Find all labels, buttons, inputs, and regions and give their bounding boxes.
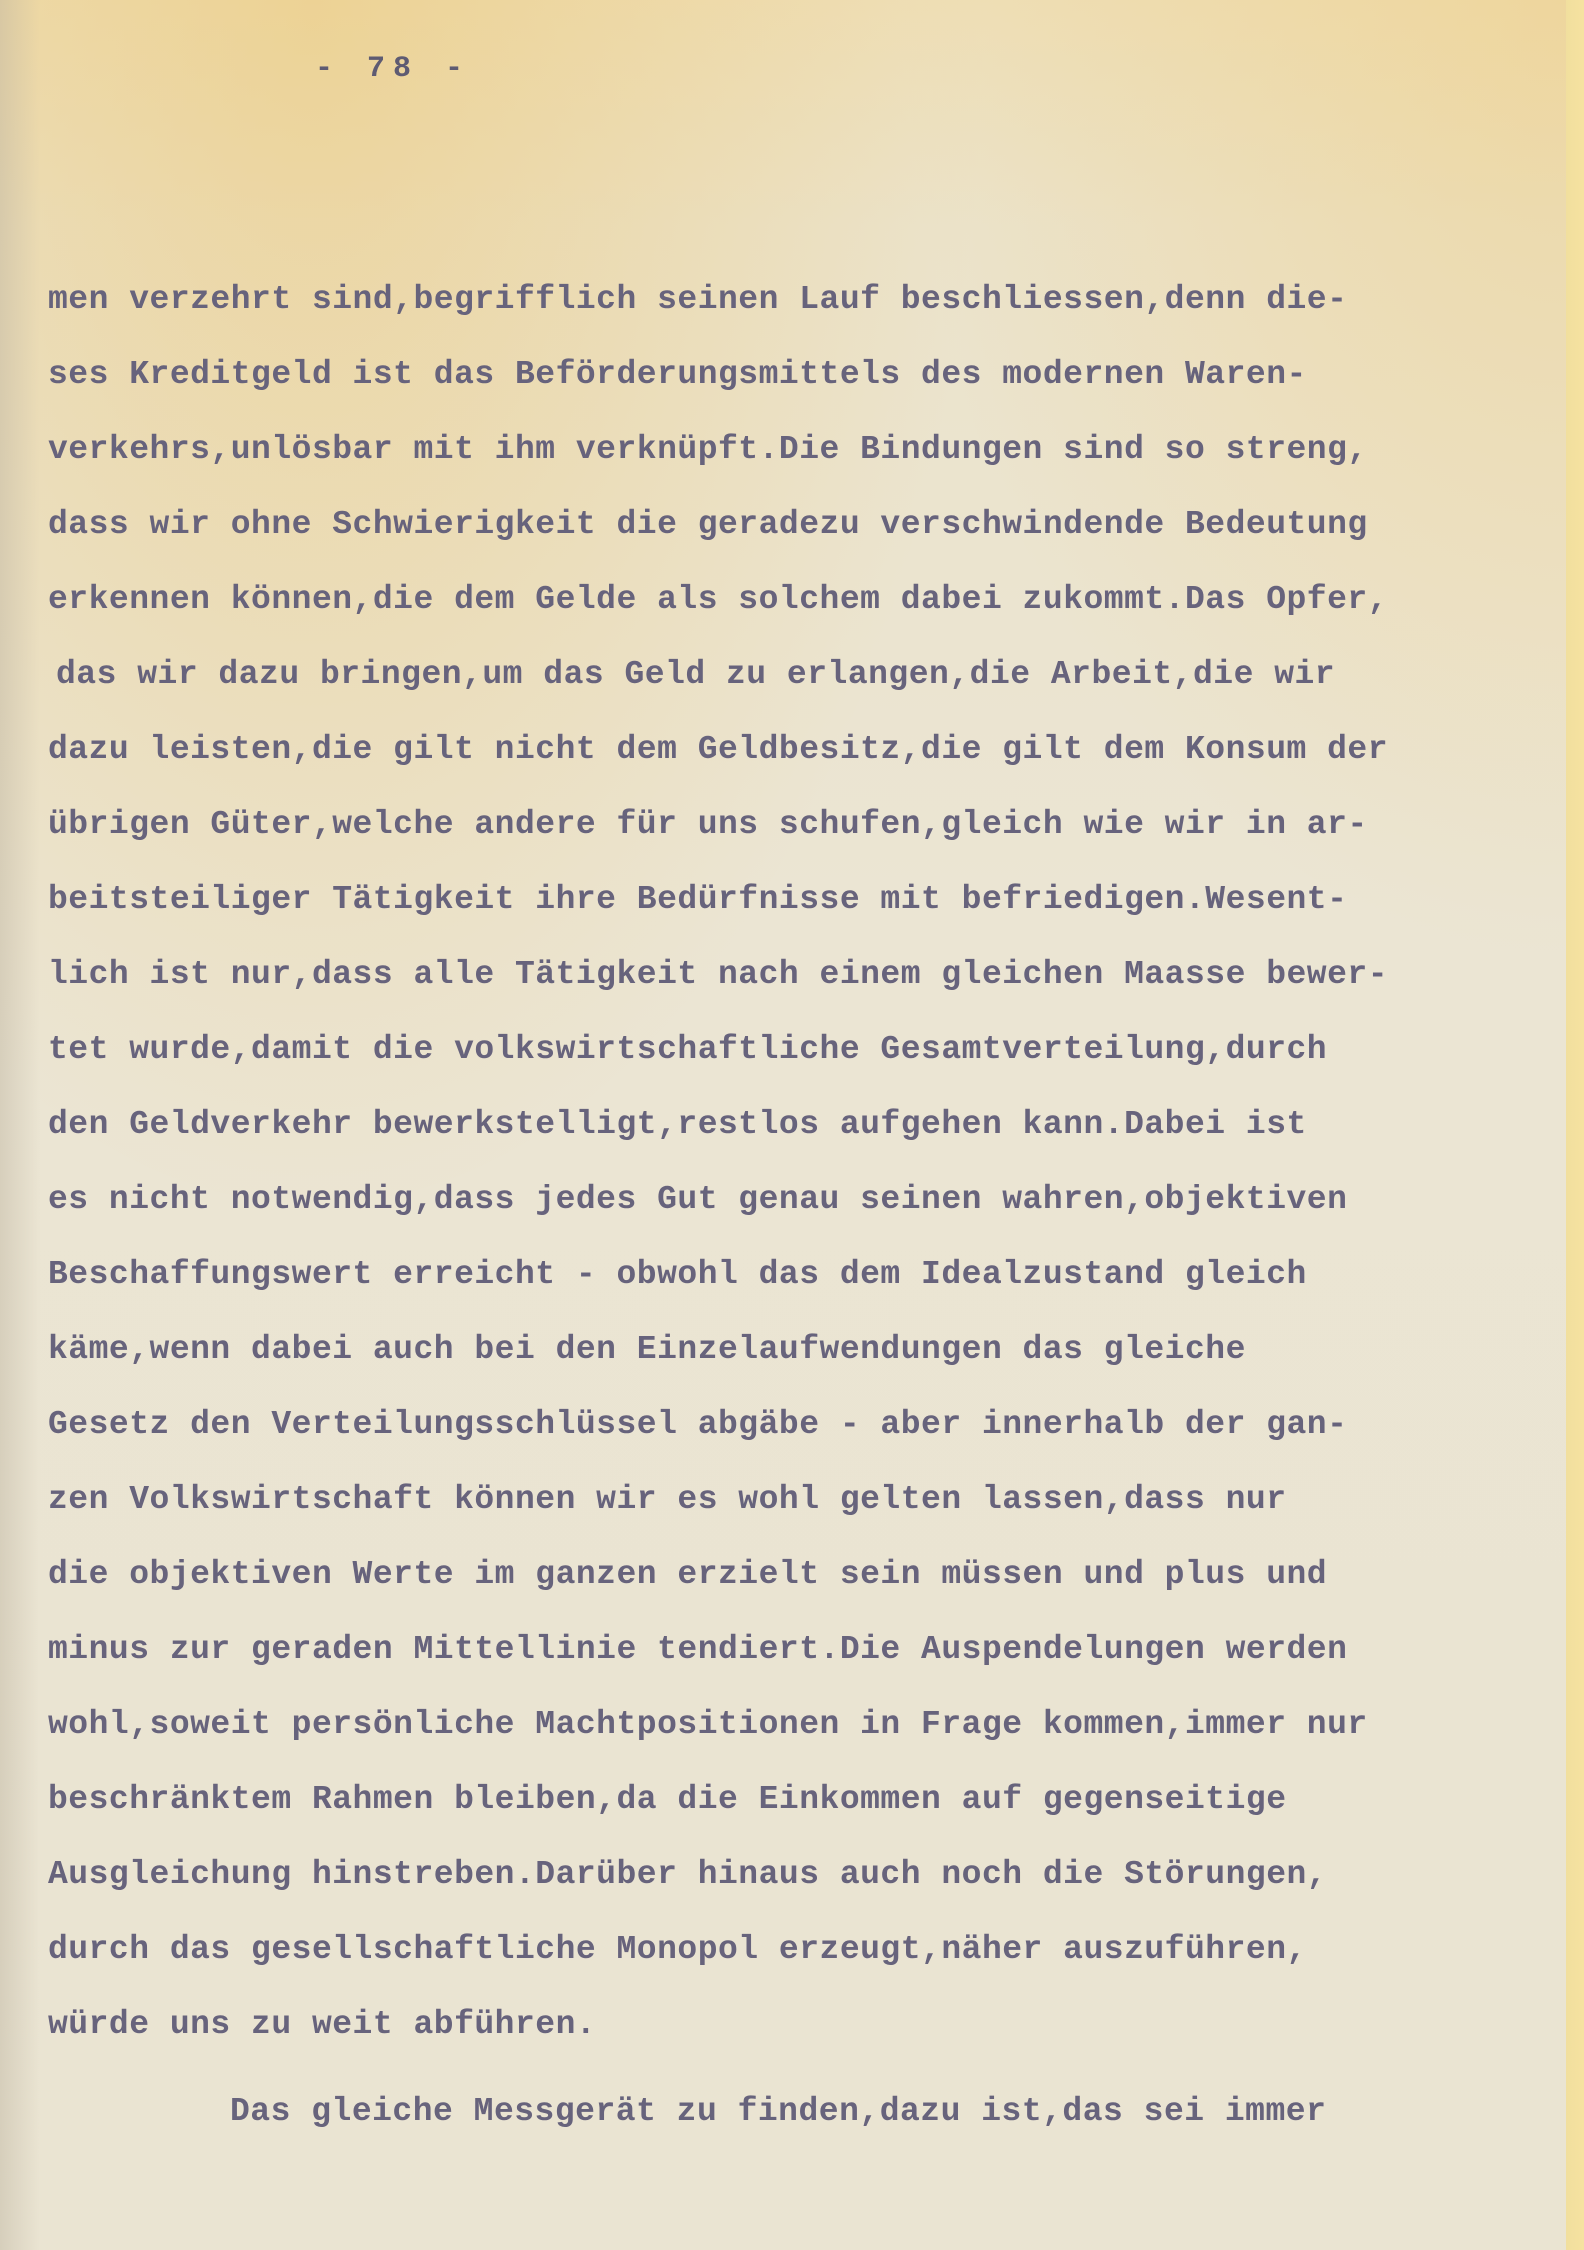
text-line: minus zur geraden Mittellinie tendiert.D… [48, 1612, 1548, 1687]
text-line: Gesetz den Verteilungsschlüssel abgäbe -… [48, 1387, 1548, 1462]
text-line: beitsteiliger Tätigkeit ihre Bedürfnisse… [48, 862, 1548, 937]
text-line: das wir dazu bringen,um das Geld zu erla… [48, 637, 1548, 712]
text-line: die objektiven Werte im ganzen erzielt s… [48, 1537, 1548, 1612]
text-line: beschränktem Rahmen bleiben,da die Einko… [48, 1762, 1548, 1837]
text-line: dazu leisten,die gilt nicht dem Geldbesi… [48, 712, 1548, 787]
text-line: es nicht notwendig,dass jedes Gut genau … [48, 1162, 1548, 1237]
scan-edge-strip [1566, 0, 1584, 2250]
paragraph-start-line: Das gleiche Messgerät zu finden,dazu ist… [48, 2074, 1548, 2149]
text-line: würde uns zu weit abführen. [48, 1987, 1548, 2062]
text-line: den Geldverkehr bewerkstelligt,restlos a… [48, 1087, 1548, 1162]
text-line: Ausgleichung hinstreben.Darüber hinaus a… [48, 1837, 1548, 1912]
page-number: - 78 - [315, 52, 471, 86]
scan-edge-shadow [0, 0, 40, 2250]
typewritten-body: men verzehrt sind,begrifflich seinen Lau… [48, 262, 1548, 2149]
text-line: dass wir ohne Schwierigkeit die geradezu… [48, 487, 1548, 562]
text-line: tet wurde,damit die volkswirtschaftliche… [48, 1012, 1548, 1087]
text-line: lich ist nur,dass alle Tätigkeit nach ei… [48, 937, 1548, 1012]
paragraph-gap [48, 2062, 1548, 2074]
text-line: erkennen können,die dem Gelde als solche… [48, 562, 1548, 637]
text-line: Beschaffungswert erreicht - obwohl das d… [48, 1237, 1548, 1312]
text-line: käme,wenn dabei auch bei den Einzelaufwe… [48, 1312, 1548, 1387]
text-line: wohl,soweit persönliche Machtpositionen … [48, 1687, 1548, 1762]
text-line: ses Kreditgeld ist das Beförderungsmitte… [48, 337, 1548, 412]
text-line: durch das gesellschaftliche Monopol erze… [48, 1912, 1548, 1987]
text-line: verkehrs,unlösbar mit ihm verknüpft.Die … [48, 412, 1548, 487]
text-line: zen Volkswirtschaft können wir es wohl g… [48, 1462, 1548, 1537]
text-line: übrigen Güter,welche andere für uns schu… [48, 787, 1548, 862]
text-line: men verzehrt sind,begrifflich seinen Lau… [48, 262, 1548, 337]
